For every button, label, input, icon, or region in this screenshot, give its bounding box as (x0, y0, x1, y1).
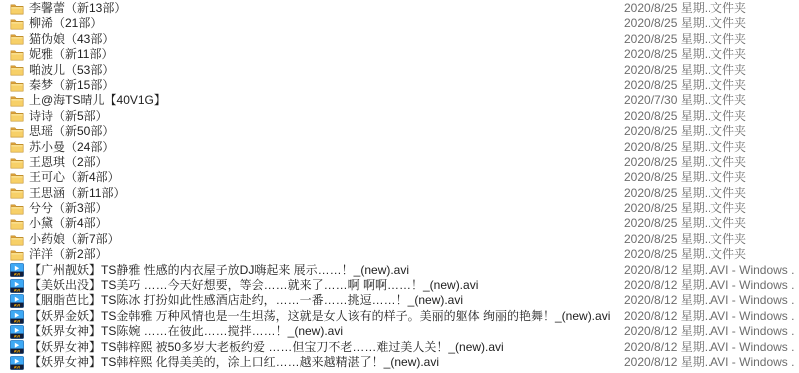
file-type: 文件夹 (710, 109, 795, 124)
svg-text:AVI: AVI (14, 349, 20, 354)
file-name: 【妖界金妖】TS金韩雅 万种风情也是一生坦荡，这就是女人该有的样子。美丽的躯体 … (29, 309, 624, 324)
date-modified: 2020/8/12 星期... (624, 309, 710, 324)
date-modified: 2020/8/25 星期... (624, 232, 710, 247)
file-type: 文件夹 (710, 247, 795, 262)
file-name: 猫伪娘（43部） (29, 32, 624, 47)
date-modified: 2020/8/25 星期... (624, 16, 710, 31)
file-row[interactable]: 上@海TS晴儿【40V1G】2020/7/30 星期...文件夹 (0, 93, 799, 108)
file-name: 【美妖出没】TS美巧 ……今天好想要，等会……就来了……啊 啊啊……！_(new… (29, 278, 624, 293)
file-type: 文件夹 (710, 32, 795, 47)
file-row[interactable]: 王可心（新4部）2020/8/25 星期...文件夹 (0, 170, 799, 185)
file-row[interactable]: 兮兮（新3部）2020/8/25 星期...文件夹 (0, 201, 799, 216)
file-name: 洋洋（新2部） (29, 247, 624, 262)
date-modified: 2020/8/12 星期... (624, 324, 710, 339)
file-type: 文件夹 (710, 216, 795, 231)
file-type: 文件夹 (710, 186, 795, 201)
file-type: 文件夹 (710, 16, 795, 31)
file-name: 李馨蕾（新13部） (29, 1, 624, 16)
video-file-icon: AVI (10, 310, 24, 324)
file-type: 文件夹 (710, 124, 795, 139)
date-modified: 2020/8/25 星期... (624, 78, 710, 93)
svg-text:AVI: AVI (14, 287, 20, 292)
file-row[interactable]: 李馨蕾（新13部）2020/8/25 星期...文件夹 (0, 1, 799, 16)
svg-text:AVI: AVI (14, 303, 20, 308)
svg-text:AVI: AVI (14, 272, 20, 277)
folder-icon (10, 156, 24, 170)
file-name: 王思涵（新11部） (29, 186, 624, 201)
date-modified: 2020/8/25 星期... (624, 247, 710, 262)
file-name: 思瑶（新50部） (29, 124, 624, 139)
file-row[interactable]: AVI【妖界女神】TS韩梓熙 被50多岁大老板约爱 ……但宝刀不老……难过美人关… (0, 340, 799, 355)
file-name: 妮雅（新11部） (29, 47, 624, 62)
file-row[interactable]: 柳浠（21部）2020/8/25 星期...文件夹 (0, 16, 799, 31)
file-name: 【胭脂芭比】TS陈冰 打扮如此性感酒店赴约，……一番……挑逗……！_(new).… (29, 293, 624, 308)
file-name: 小黛（新4部） (29, 216, 624, 231)
file-row[interactable]: 王思涵（新11部）2020/8/25 星期...文件夹 (0, 186, 799, 201)
folder-icon (10, 217, 24, 231)
file-row[interactable]: 洋洋（新2部）2020/8/25 星期...文件夹 (0, 247, 799, 262)
video-file-icon: AVI (10, 325, 24, 339)
folder-icon (10, 63, 24, 77)
file-name: 柳浠（21部） (29, 16, 624, 31)
file-row[interactable]: AVI【广州靓妖】TS静雅 性感的内衣屋子放DJ嗨起来 展示……！_(new).… (0, 263, 799, 278)
file-type: AVI - Windows ... (710, 293, 795, 308)
svg-text:AVI: AVI (14, 364, 20, 369)
video-file-icon: AVI (10, 263, 24, 277)
file-row[interactable]: 妮雅（新11部）2020/8/25 星期...文件夹 (0, 47, 799, 62)
file-row[interactable]: 诗诗（新5部）2020/8/25 星期...文件夹 (0, 109, 799, 124)
file-name: 诗诗（新5部） (29, 109, 624, 124)
date-modified: 2020/8/12 星期... (624, 263, 710, 278)
date-modified: 2020/8/25 星期... (624, 201, 710, 216)
file-row[interactable]: 猫伪娘（43部）2020/8/25 星期...文件夹 (0, 32, 799, 47)
folder-icon (10, 186, 24, 200)
folder-icon (10, 48, 24, 62)
date-modified: 2020/8/25 星期... (624, 32, 710, 47)
folder-icon (10, 2, 24, 16)
folder-icon (10, 202, 24, 216)
date-modified: 2020/8/12 星期... (624, 340, 710, 355)
file-type: 文件夹 (710, 47, 795, 62)
file-name: 兮兮（新3部） (29, 201, 624, 216)
folder-icon (10, 109, 24, 123)
file-name: 王恩琪（2部） (29, 155, 624, 170)
date-modified: 2020/8/25 星期... (624, 47, 710, 62)
svg-text:AVI: AVI (14, 333, 20, 338)
file-type: 文件夹 (710, 63, 795, 78)
date-modified: 2020/8/25 星期... (624, 109, 710, 124)
file-type: AVI - Windows ... (710, 263, 795, 278)
file-type: 文件夹 (710, 201, 795, 216)
file-name: 【妖界女神】TS韩梓熙 被50多岁大老板约爱 ……但宝刀不老……难过美人关！_(… (29, 340, 624, 355)
folder-icon (10, 140, 24, 154)
file-row[interactable]: AVI【胭脂芭比】TS陈冰 打扮如此性感酒店赴约，……一番……挑逗……！_(ne… (0, 293, 799, 308)
folder-icon (10, 17, 24, 31)
file-row[interactable]: 小黛（新4部）2020/8/25 星期...文件夹 (0, 216, 799, 231)
file-row[interactable]: AVI【妖界女神】TS韩梓熙 化得美美的，涂上口红……越来越精湛了！_(new)… (0, 355, 799, 370)
date-modified: 2020/7/30 星期... (624, 93, 710, 108)
folder-icon (10, 32, 24, 46)
file-type: AVI - Windows ... (710, 278, 795, 293)
file-name: 王可心（新4部） (29, 170, 624, 185)
video-file-icon: AVI (10, 294, 24, 308)
date-modified: 2020/8/25 星期... (624, 1, 710, 16)
file-name: 【广州靓妖】TS静雅 性感的内衣屋子放DJ嗨起来 展示……！_(new).avi (29, 263, 624, 278)
file-type: 文件夹 (710, 140, 795, 155)
file-row[interactable]: 秦梦（新15部）2020/8/25 星期...文件夹 (0, 78, 799, 93)
date-modified: 2020/8/12 星期... (624, 278, 710, 293)
file-name: 秦梦（新15部） (29, 78, 624, 93)
svg-text:AVI: AVI (14, 318, 20, 323)
date-modified: 2020/8/25 星期... (624, 216, 710, 231)
date-modified: 2020/8/12 星期... (624, 293, 710, 308)
file-name: 【妖界女神】TS韩梓熙 化得美美的，涂上口红……越来越精湛了！_(new).av… (29, 355, 624, 370)
file-row[interactable]: 啪波儿（53部）2020/8/25 星期...文件夹 (0, 63, 799, 78)
video-file-icon: AVI (10, 340, 24, 354)
file-name: 苏小曼（24部） (29, 140, 624, 155)
file-type: AVI - Windows ... (710, 309, 795, 324)
file-type: 文件夹 (710, 170, 795, 185)
date-modified: 2020/8/25 星期... (624, 155, 710, 170)
date-modified: 2020/8/25 星期... (624, 186, 710, 201)
video-file-icon: AVI (10, 356, 24, 370)
file-row[interactable]: AVI【妖界女神】TS陈婉 ……在彼此……搅拌……！_(new).avi2020… (0, 324, 799, 339)
file-row[interactable]: 苏小曼（24部）2020/8/25 星期...文件夹 (0, 140, 799, 155)
file-name: 【妖界女神】TS陈婉 ……在彼此……搅拌……！_(new).avi (29, 324, 624, 339)
date-modified: 2020/8/25 星期... (624, 124, 710, 139)
folder-icon (10, 171, 24, 185)
file-row[interactable]: AVI【妖界金妖】TS金韩雅 万种风情也是一生坦荡，这就是女人该有的样子。美丽的… (0, 309, 799, 324)
file-type: AVI - Windows ... (710, 324, 795, 339)
file-type: 文件夹 (710, 232, 795, 247)
file-type: AVI - Windows ... (710, 340, 795, 355)
file-row[interactable]: AVI【美妖出没】TS美巧 ……今天好想要，等会……就来了……啊 啊啊……！_(… (0, 278, 799, 293)
file-type: AVI - Windows ... (710, 355, 795, 370)
folder-icon (10, 94, 24, 108)
folder-icon (10, 233, 24, 247)
file-type: 文件夹 (710, 1, 795, 16)
date-modified: 2020/8/25 星期... (624, 170, 710, 185)
folder-icon (10, 79, 24, 93)
file-type: 文件夹 (710, 93, 795, 108)
folder-icon (10, 248, 24, 262)
file-list: 李馨蕾（新13部）2020/8/25 星期...文件夹柳浠（21部）2020/8… (0, 0, 799, 373)
file-name: 啪波儿（53部） (29, 63, 624, 78)
file-name: 上@海TS晴儿【40V1G】 (29, 93, 624, 108)
date-modified: 2020/8/12 星期... (624, 355, 710, 370)
date-modified: 2020/8/25 星期... (624, 63, 710, 78)
file-type: 文件夹 (710, 78, 795, 93)
video-file-icon: AVI (10, 279, 24, 293)
file-type: 文件夹 (710, 155, 795, 170)
file-row[interactable]: 思瑶（新50部）2020/8/25 星期...文件夹 (0, 124, 799, 139)
file-row[interactable]: 王恩琪（2部）2020/8/25 星期...文件夹 (0, 155, 799, 170)
folder-icon (10, 125, 24, 139)
file-name: 小药娘（新7部） (29, 232, 624, 247)
date-modified: 2020/8/25 星期... (624, 140, 710, 155)
file-row[interactable]: 小药娘（新7部）2020/8/25 星期...文件夹 (0, 232, 799, 247)
